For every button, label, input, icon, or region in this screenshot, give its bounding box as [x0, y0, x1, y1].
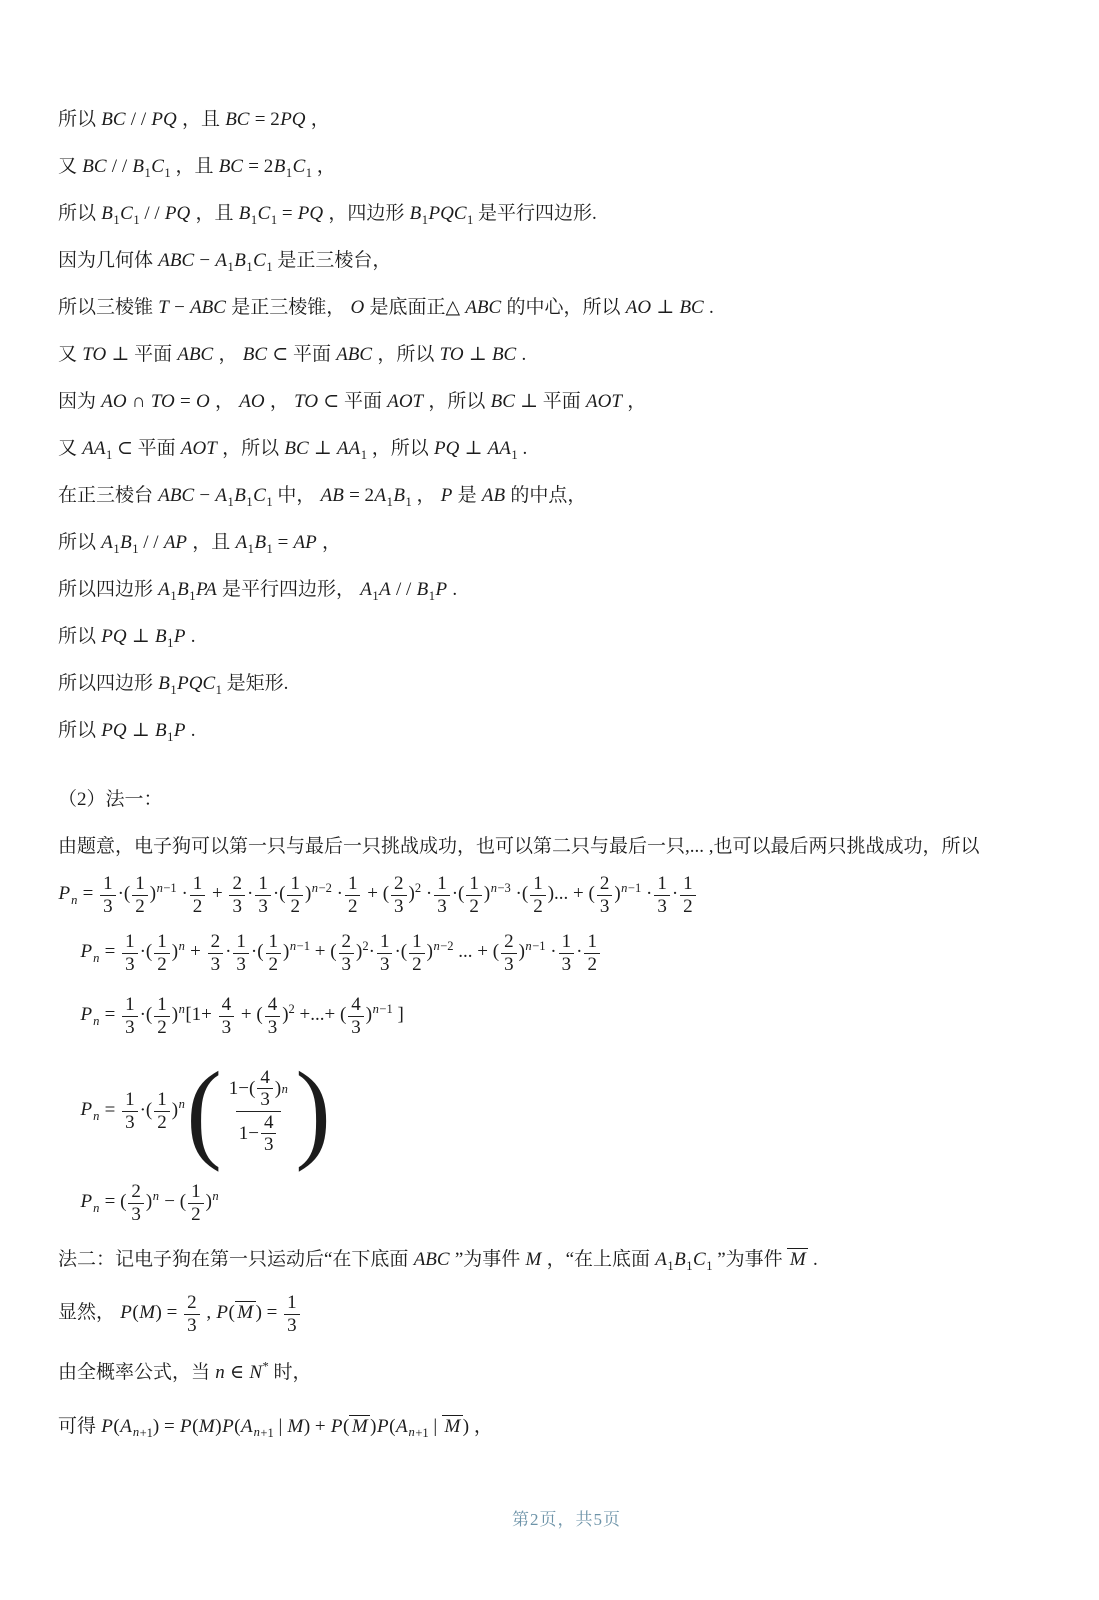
text-content: 因为几何体 ABC − A1B1C1 是正三棱台，: [58, 245, 391, 272]
text-content: （2）法一：: [58, 784, 163, 811]
text-line-l12: 所以 PQ ⊥ B1P .: [58, 611, 1063, 658]
math-content: Pn = 13·(12)n[1+ 43 + (43)2 +...+ (43)n−…: [80, 994, 404, 1038]
text-line-l11: 所以四边形 A1B1PA 是平行四边形， A1A / / B1P .: [58, 564, 1063, 611]
text-content: 又 BC / / B1C1 ，且 BC = 2B1C1 ，: [58, 151, 336, 178]
text-content: 在正三棱台 ABC − A1B1C1 中， AB = 2A1B1 ， P 是 A…: [58, 480, 586, 507]
math-content: Pn = 13·(12)n + 23·13·(12)n−1 + (23)2·13…: [80, 931, 602, 975]
text-content: 所以四边形 B1PQC1 是矩形.: [58, 668, 288, 695]
text-content: 所以 PQ ⊥ B1P .: [58, 715, 195, 742]
document-page: { "page": { "footer": "第2页，共5页", "footer…: [0, 0, 1099, 1600]
text-content: 所以三棱锥 T − ABC 是正三棱锥， O 是底面正△ ABC 的中心，所以 …: [58, 292, 714, 319]
text-content: 由题意，电子狗可以第一只与最后一只挑战成功，也可以第二只与最后一只,... ,也…: [58, 831, 980, 858]
text-content: 又 AA1 ⊂ 平面 AOT ，所以 BC ⊥ AA1 ，所以 PQ ⊥ AA1…: [58, 433, 527, 460]
text-line-l5: 所以三棱锥 T − ABC 是正三棱锥， O 是底面正△ ABC 的中心，所以 …: [58, 282, 1063, 329]
text-content: 因为 AO ∩ TO = O ， AO ， TO ⊂ 平面 AOT ，所以 BC…: [58, 386, 646, 413]
page-footer: 第2页，共5页: [0, 1505, 1099, 1530]
text-line-l1: 所以 BC / / PQ ，且 BC = 2PQ ，: [58, 94, 1063, 141]
text-line-l22: 法二：记电子狗在第一只运动后“在下底面 ABC ”为事件 M ，“在上底面 A1…: [58, 1232, 1063, 1282]
formula-line-f2: Pn = 13·(12)n + 23·13·(12)n−1 + (23)2·13…: [58, 922, 1063, 984]
document-body: 所以 BC / / PQ ，且 BC = 2PQ ，又 BC / / B1C1 …: [58, 94, 1063, 1454]
text-content: 法二：记电子狗在第一只运动后“在下底面 ABC ”为事件 M ，“在上底面 A1…: [58, 1244, 818, 1271]
text-line-l25: 可得 P(An+1) = P(M)P(An+1 | M) + P(M)P(An+…: [58, 1394, 1063, 1454]
text-content: 显然， P(M) = 23 , P(M) = 13: [58, 1292, 302, 1336]
text-line-l3: 所以 B1C1 / / PQ ，且 B1C1 = PQ ，四边形 B1PQC1 …: [58, 188, 1063, 235]
text-content: 所以 PQ ⊥ B1P .: [58, 621, 195, 648]
text-content: 又 TO ⊥ 平面 ABC ， BC ⊂ 平面 ABC ，所以 TO ⊥ BC …: [58, 339, 526, 366]
text-content: 所以 B1C1 / / PQ ，且 B1C1 = PQ ，四边形 B1PQC1 …: [58, 198, 597, 225]
math-content: Pn = 13·(12)n(1−(43)n1−43): [80, 1067, 332, 1155]
text-content: 所以 BC / / PQ ，且 BC = 2PQ ，: [58, 104, 330, 131]
text-line-l14: 所以 PQ ⊥ B1P .: [58, 705, 1063, 752]
math-content: Pn = 13·(12)n−1 ·12 + 23·13·(12)n−2 ·12 …: [58, 873, 698, 917]
text-line-l16: 由题意，电子狗可以第一只与最后一只挑战成功，也可以第二只与最后一只,... ,也…: [58, 821, 1063, 868]
text-line-l23: 显然， P(M) = 23 , P(M) = 13: [58, 1282, 1063, 1346]
formula-line-f5: Pn = (23)n − (12)n: [58, 1174, 1063, 1232]
text-line-l8: 又 AA1 ⊂ 平面 AOT ，所以 BC ⊥ AA1 ，所以 PQ ⊥ AA1…: [58, 423, 1063, 470]
text-line-l4: 因为几何体 ABC − A1B1C1 是正三棱台，: [58, 235, 1063, 282]
formula-line-f3: Pn = 13·(12)n[1+ 43 + (43)2 +...+ (43)n−…: [58, 984, 1063, 1048]
text-line-l2: 又 BC / / B1C1 ，且 BC = 2B1C1 ，: [58, 141, 1063, 188]
text-line-l9: 在正三棱台 ABC − A1B1C1 中， AB = 2A1B1 ， P 是 A…: [58, 470, 1063, 517]
text-line-l6: 又 TO ⊥ 平面 ABC ， BC ⊂ 平面 ABC ，所以 TO ⊥ BC …: [58, 329, 1063, 376]
math-content: Pn = (23)n − (12)n: [80, 1181, 219, 1225]
formula-line-f4: Pn = 13·(12)n(1−(43)n1−43): [58, 1048, 1063, 1174]
text-content: 所以 A1B1 / / AP ，且 A1B1 = AP ，: [58, 527, 341, 554]
text-content: 所以四边形 A1B1PA 是平行四边形， A1A / / B1P .: [58, 574, 457, 601]
text-content: 由全概率公式，当 n ∈ N* 时，: [58, 1357, 312, 1384]
text-line-l13: 所以四边形 B1PQC1 是矩形.: [58, 658, 1063, 705]
text-line-l24: 由全概率公式，当 n ∈ N* 时，: [58, 1346, 1063, 1394]
text-line-l10: 所以 A1B1 / / AP ，且 A1B1 = AP ，: [58, 517, 1063, 564]
text-line-l7: 因为 AO ∩ TO = O ， AO ， TO ⊂ 平面 AOT ，所以 BC…: [58, 376, 1063, 423]
text-content: 可得 P(An+1) = P(M)P(An+1 | M) + P(M)P(An+…: [58, 1411, 493, 1438]
text-line-l15: （2）法一：: [58, 774, 1063, 821]
formula-line-f1: Pn = 13·(12)n−1 ·12 + 23·13·(12)n−2 ·12 …: [58, 868, 1063, 922]
